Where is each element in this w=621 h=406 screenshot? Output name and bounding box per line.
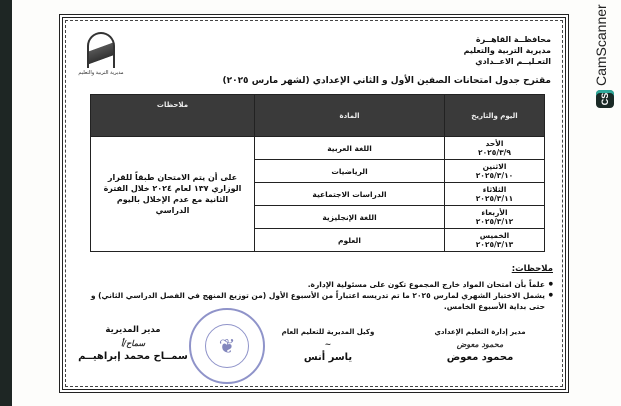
day-date-cell: الثلاثاء٢٠٢٥/٣/١١ — [445, 183, 545, 206]
subject-cell: الرياضيات — [255, 160, 445, 183]
day-date-cell: الأربعاء٢٠٢٥/٣/١٢ — [445, 206, 545, 229]
logo-caption: مديرية التربية والتعليم — [73, 70, 129, 76]
subject-cell: العلوم — [255, 229, 445, 252]
letterhead: محافظــة القاهــرة مديرية التربية والتعل… — [464, 34, 551, 67]
directorate-logo: مديرية التربية والتعليم — [73, 32, 129, 88]
eagle-emblem-icon: ❦ — [205, 324, 249, 368]
header-day-date: اليوم والتاريخ — [445, 95, 545, 137]
signature-directorate-head: مدير المديرية سماح/أ سمــاح محمد إبراهيـ… — [73, 325, 193, 362]
note-item: يشمل الاختبار الشهري لمارس ٢٠٢٥ ما تم تد… — [77, 290, 545, 312]
header-notes: ملاحظات — [91, 95, 255, 137]
letterhead-line-3: التعـليــم الاعــدادي — [464, 56, 551, 67]
notes-title: ملاحظات: — [77, 264, 553, 275]
day-date-cell: الخميس٢٠٢٥/٣/١٣ — [445, 229, 545, 252]
subject-cell: اللغة الإنجليزية — [255, 206, 445, 229]
subject-cell: اللغة العربية — [255, 137, 445, 160]
day-date-cell: الأحد٢٠٢٥/٣/٩ — [445, 137, 545, 160]
document-title: مقترح جدول امتحانات الصفين الأول و الثان… — [183, 76, 551, 86]
camscanner-label: CamScanner — [593, 10, 617, 86]
notes-cell: على أن يتم الامتحان طبقاً للقرار الوزاري… — [91, 137, 255, 252]
official-stamp: ❦ — [189, 308, 265, 384]
notes-section: ملاحظات: علماً بأن امتحان المواد خارج ال… — [77, 264, 553, 312]
signature-deputy-director: وكيل المديرية للتعليم العام ~ ياسر أنس — [263, 328, 393, 363]
camscanner-logo-icon: CS — [596, 90, 614, 108]
exam-schedule-table: اليوم والتاريخ المادة ملاحظات الأحد٢٠٢٥/… — [90, 94, 545, 252]
day-date-cell: الاثنين٢٠٢٥/٣/١٠ — [445, 160, 545, 183]
logo-emblem-icon — [87, 32, 115, 68]
subject-cell: الدراسات الاجتماعية — [255, 183, 445, 206]
note-item: علماً بأن امتحان المواد خارج المجموع تكو… — [77, 279, 545, 290]
scanned-page: مديرية التربية والتعليم محافظــة القاهــ… — [12, 0, 621, 406]
letterhead-line-2: مديرية التربية والتعليم — [464, 45, 551, 56]
camscanner-watermark: CamScanner CS — [593, 10, 617, 110]
document-frame: مديرية التربية والتعليم محافظــة القاهــ… — [59, 14, 569, 393]
header-subject: المادة — [255, 95, 445, 137]
table-row: الأحد٢٠٢٥/٣/٩ اللغة العربية على أن يتم ا… — [91, 137, 545, 160]
letterhead-line-1: محافظــة القاهــرة — [464, 34, 551, 45]
signature-preparatory-director: مدير إدارة التعليم الإعدادي محمود معوض م… — [415, 328, 545, 363]
